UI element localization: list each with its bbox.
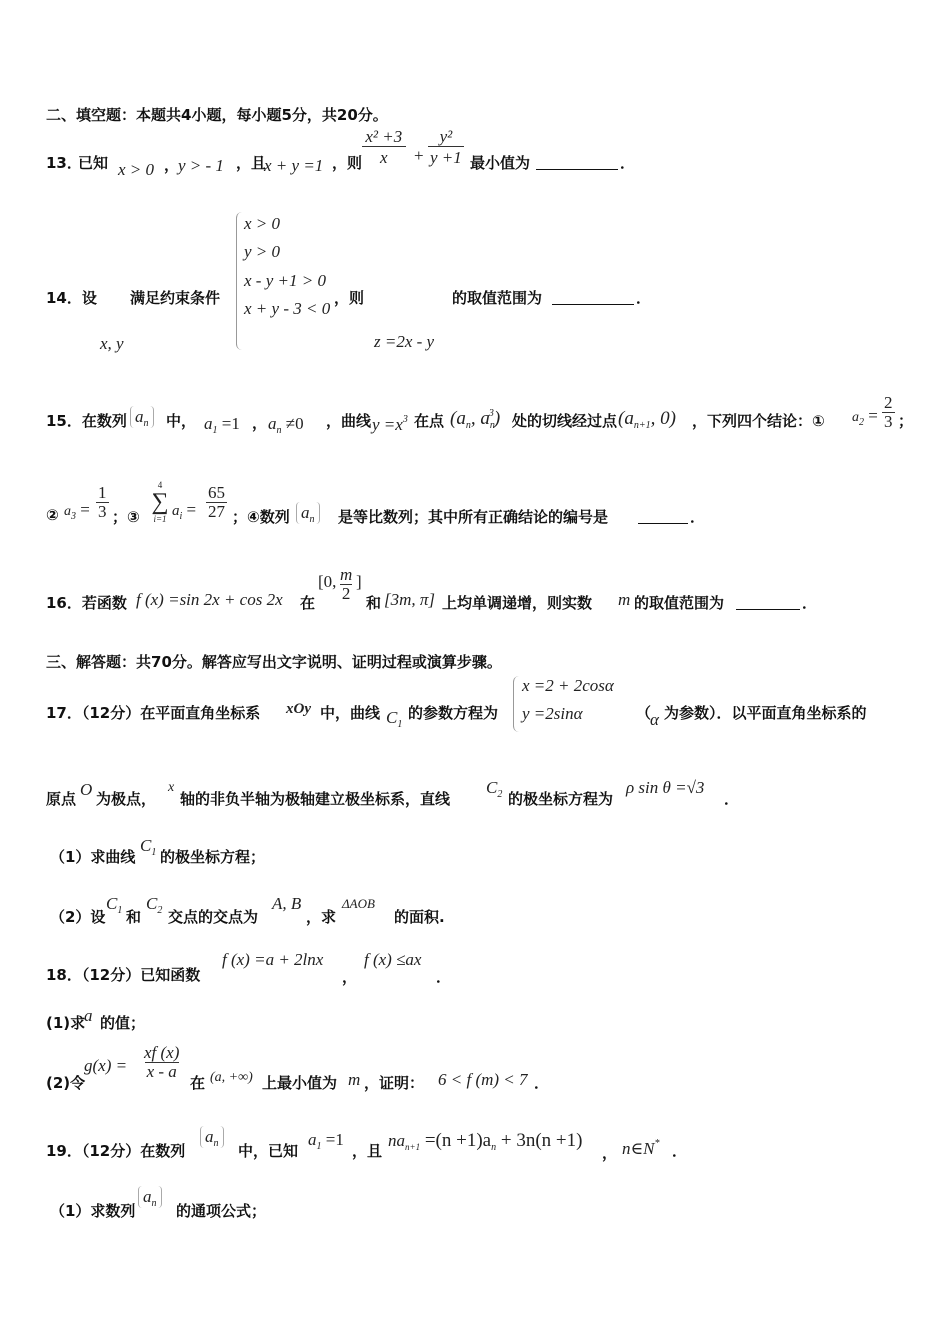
question-17: 17．（12分）在平面直角坐标系 xOy 中，曲线 C1 的参数方程为 x =2… — [46, 672, 906, 734]
text: 交点的交点为 — [168, 906, 258, 927]
numerator: 1 — [96, 484, 109, 502]
text: 原点 — [46, 788, 76, 809]
math-var: a — [205, 1127, 214, 1146]
answer-blank[interactable] — [536, 154, 618, 170]
text: ； — [898, 410, 913, 431]
text: 中， — [166, 410, 196, 431]
math-var: x — [168, 780, 174, 796]
text: ， — [342, 966, 357, 987]
text: ． — [636, 287, 651, 308]
text: ． — [620, 152, 635, 173]
superscript: 3 — [403, 414, 408, 425]
math-points: A, B — [272, 894, 301, 914]
text: ，下列四个结论：① — [692, 410, 825, 431]
fraction: m 2 — [338, 566, 354, 603]
constraint: y > 0 — [244, 242, 280, 262]
math-domain: n∈N* — [622, 1138, 659, 1159]
math-condition: x + y =1 — [264, 156, 323, 176]
denominator: y +1 — [428, 146, 464, 167]
math-var: α — [650, 710, 659, 730]
interval-right: ] — [356, 572, 362, 592]
question-16: 16．若函数 f (x) =sin 2x + cos 2x 在 [0, m 2 … — [46, 566, 826, 616]
math-curve-label: C1 — [106, 894, 122, 916]
fraction: 1 3 — [96, 484, 109, 521]
numerator: m — [338, 566, 354, 584]
text: 在 — [300, 592, 315, 613]
question-number: 13． — [46, 152, 82, 173]
math-function: f (x) =a + 2lnx — [222, 950, 323, 970]
math-interval: (a, +∞) — [210, 1070, 253, 1086]
question-18: 18．（12分）已知函数 f (x) =a + 2lnx ， f (x) ≤ax… — [46, 948, 466, 988]
text: ；③ — [112, 506, 140, 527]
denominator: 3 — [96, 502, 109, 521]
math-var: C — [486, 778, 497, 797]
text: 的值； — [100, 1012, 145, 1033]
subscript: n — [152, 1198, 157, 1209]
denominator: x - a — [145, 1062, 179, 1081]
text: 和 — [126, 906, 141, 927]
answer-blank[interactable] — [552, 289, 634, 305]
math-interval: [3m, π] — [384, 590, 435, 610]
denominator: 3 — [882, 412, 895, 431]
math-curve-label: C2 — [146, 894, 162, 916]
math-var: a — [135, 407, 144, 426]
math-curve: y =x3 — [372, 414, 408, 435]
text: ，曲线 — [326, 410, 371, 431]
math-var: m — [618, 590, 630, 610]
text: 在 — [190, 1072, 205, 1093]
text: ， — [602, 1142, 617, 1163]
math-var: C — [106, 894, 117, 913]
math-function: g(x) = — [84, 1056, 127, 1076]
math-text: , a — [471, 408, 490, 429]
text: 中，已知 — [238, 1140, 298, 1161]
math-text: = — [864, 406, 878, 425]
question-18-part-2: (2)令 g(x) = xf (x) x - a 在 (a, +∞) 上最小值为… — [46, 1044, 566, 1094]
text: 的参数方程为 — [408, 702, 498, 723]
question-17-part-1: （1）求曲线 C1 的极坐标方程； — [50, 838, 450, 868]
math-var: O — [80, 780, 92, 800]
math-text: =1 — [218, 414, 240, 433]
math-condition: f (x) ≤ax — [364, 950, 421, 970]
math-var: a — [301, 503, 310, 522]
sequence-notation: an — [130, 406, 154, 428]
numerator: 65 — [206, 484, 227, 502]
summation: 4 ∑ i=1 — [150, 480, 170, 524]
subscript: n — [144, 418, 149, 429]
text: 的取值范围为 — [452, 287, 542, 308]
fraction: xf (x) x - a — [142, 1044, 181, 1081]
subscript: n — [310, 514, 315, 525]
parametric-equation: x =2 + 2cosα — [522, 676, 614, 696]
subscript: n — [214, 1138, 219, 1149]
math-condition: a1 =1 — [204, 414, 240, 436]
text: 在点 — [414, 410, 444, 431]
text: 和 — [366, 592, 381, 613]
text: 的极坐标方程； — [160, 846, 265, 867]
text: 的面积. — [394, 906, 445, 927]
text: ，证明： — [364, 1072, 424, 1093]
superscript: * — [654, 1138, 659, 1149]
question-17-line-2: 原点 O 为极点， x 轴的非负半轴为极轴建立极坐标系，直线 C2 的极坐标方程… — [46, 774, 766, 814]
math-function: f (x) =sin 2x + cos 2x — [136, 590, 283, 610]
text: 处的切线经过点 — [512, 410, 617, 431]
math-point: (an+1, 0) — [618, 408, 676, 431]
text: ，则 — [332, 152, 362, 173]
math-curve-label: C2 — [486, 778, 502, 800]
math-var: a — [204, 414, 213, 433]
math-text: y =x — [372, 415, 403, 434]
text: ， — [164, 154, 179, 175]
question-15-line-2: ② a3 = 1 3 ；③ 4 ∑ i=1 ai = 65 27 ；④数列 an… — [46, 480, 746, 532]
text: 中，曲线 — [320, 702, 380, 723]
subscript: n+1 — [634, 420, 651, 431]
question-number: 15．在数列 — [46, 410, 127, 431]
question-15: 15．在数列 an 中， a1 =1 ， an ≠0 ，曲线 y =x3 在点 … — [46, 392, 916, 442]
subscript: n+1 — [405, 1142, 420, 1152]
math-var: a — [308, 1130, 317, 1149]
math-text: ) — [494, 408, 500, 429]
text: 上均单调递增，则实数 — [442, 592, 592, 613]
math-text: , 0) — [651, 408, 676, 429]
math-condition: a2 = — [852, 406, 878, 428]
fraction: 2 3 — [882, 394, 895, 431]
math-condition: an ≠0 — [268, 414, 304, 436]
math-text: ≠0 — [282, 414, 304, 433]
text: （ — [636, 702, 651, 723]
brace-icon — [513, 676, 522, 732]
text: 为参数）．以平面直角坐标系的 — [664, 702, 867, 723]
subscript: 2 — [157, 905, 162, 916]
numerator: 2 — [882, 394, 895, 412]
section-heading-answer: 三、解答题：共70分。解答应写出文字说明、证明过程或演算步骤。 — [46, 651, 502, 672]
text: 最小值为 — [470, 152, 530, 173]
subscript: 1 — [151, 847, 156, 858]
question-number: 14．设 — [46, 287, 97, 308]
math-text: + 3n(n +1) — [496, 1130, 582, 1151]
subscript: 1 — [117, 905, 122, 916]
math-expression: z =2x - y — [374, 332, 434, 352]
math-var: C — [146, 894, 157, 913]
text: 上最小值为 — [262, 1072, 337, 1093]
constraint: x - y +1 > 0 — [244, 271, 326, 291]
math-curve-label: C1 — [140, 836, 156, 858]
math-text: (a — [618, 408, 634, 429]
section-heading-fill-in: 二、填空题：本题共4小题，每小题5分，共20分。 — [46, 104, 388, 125]
math-var: a — [268, 414, 277, 433]
math-condition: a1 =1 — [308, 1130, 344, 1152]
text: （1）求数列 — [50, 1200, 135, 1221]
text: 轴的非负半轴为极轴建立极坐标系，直线 — [180, 788, 450, 809]
math-condition: a3 = — [64, 500, 90, 522]
sequence-notation: an — [296, 502, 320, 524]
math-text: =(n +1)a — [420, 1130, 491, 1151]
recurrence: nan+1 =(n +1)an + 3n(n +1) — [388, 1130, 582, 1153]
numerator: xf (x) — [142, 1044, 181, 1062]
question-19-part-1: （1）求数列 an 的通项公式； — [50, 1186, 350, 1220]
denominator: x — [362, 146, 406, 167]
math-var: C — [386, 708, 397, 727]
text: 的取值范围为 — [634, 592, 724, 613]
text: （1）求曲线 — [50, 846, 135, 867]
question-number: 17．（12分）在平面直角坐标系 — [46, 702, 260, 723]
text: 满足约束条件 — [130, 287, 220, 308]
text: ，求 — [306, 906, 336, 927]
text: ． — [672, 1140, 687, 1161]
text: ． — [690, 506, 705, 527]
math-text: = — [76, 500, 90, 519]
numerator: y² — [438, 128, 455, 146]
text: ． — [534, 1072, 549, 1093]
math-variables: x, y — [100, 334, 124, 354]
text: ，则 — [334, 287, 364, 308]
constraint: x + y - 3 < 0 — [244, 299, 330, 319]
question-17-part-2: （2）设 C1 和 C2 交点的交点为 A, B ，求 ΔAOB 的面积. — [50, 894, 500, 926]
text: 是等比数列；其中所有正确结论的编号是 — [338, 506, 608, 527]
math-coordinate-system: xOy — [286, 701, 311, 718]
math-inequality: 6 < f (m) < 7 — [438, 1070, 528, 1090]
text: 为极点， — [96, 788, 156, 809]
interval-left: [0, — [318, 572, 336, 592]
text: ． — [724, 788, 739, 809]
constraint: x > 0 — [244, 214, 280, 234]
text: ． — [802, 592, 817, 613]
subscript: 2 — [497, 789, 502, 800]
math-point: (an, an3) — [450, 408, 500, 431]
math-condition: x > 0 — [118, 160, 154, 180]
math-var: a — [84, 1006, 93, 1026]
fraction: 65 27 — [206, 484, 227, 521]
sequence-notation: an — [138, 1186, 162, 1208]
sequence-notation: an — [200, 1126, 224, 1148]
text: （2）设 — [50, 906, 105, 927]
math-text: (a — [450, 408, 466, 429]
math-var: a — [852, 410, 859, 425]
denominator: 2 — [340, 584, 353, 603]
text: ，且 — [236, 152, 266, 173]
text: ；④数列 — [232, 506, 290, 527]
question-number: 18．（12分）已知函数 — [46, 964, 200, 985]
sum-lower-limit: i=1 — [150, 514, 170, 524]
fraction: x² +3 x — [362, 128, 406, 167]
question-number: 19．（12分）在数列 — [46, 1140, 185, 1161]
text: ② — [46, 506, 59, 524]
math-text: = — [182, 500, 196, 519]
polar-equation: ρ sin θ =√3 — [626, 778, 704, 798]
text: 已知 — [78, 152, 108, 173]
numerator: x² +3 — [363, 128, 404, 146]
math-condition: y > - 1 — [178, 156, 224, 176]
math-var: C — [140, 836, 151, 855]
text: 的通项公式； — [176, 1200, 266, 1221]
math-triangle: ΔAOB — [342, 896, 375, 912]
math-text: =1 — [322, 1130, 344, 1149]
math-text: n∈N — [622, 1139, 654, 1158]
operator: + — [414, 146, 424, 166]
math-var: m — [348, 1070, 360, 1090]
parametric-equation: y =2sinα — [522, 704, 583, 724]
question-number: 16．若函数 — [46, 592, 127, 613]
question-19: 19．（12分）在数列 an 中，已知 a1 =1 ，且 nan+1 =(n +… — [46, 1124, 696, 1164]
math-curve-label: C1 — [386, 708, 402, 730]
text: (1)求 — [46, 1012, 85, 1033]
text: ， — [252, 412, 267, 433]
question-14: 14．设 x, y 满足约束条件 x > 0 y > 0 x - y +1 > … — [46, 210, 666, 355]
sigma-icon: ∑ — [150, 490, 170, 514]
answer-blank[interactable] — [638, 508, 688, 524]
math-var: a — [143, 1187, 152, 1206]
denominator: 27 — [206, 502, 227, 521]
question-18-part-1: (1)求 a 的值； — [46, 1008, 246, 1034]
math-var: a — [172, 503, 180, 519]
text: (2)令 — [46, 1072, 85, 1093]
math-text: na — [388, 1131, 405, 1150]
text: 的极坐标方程为 — [508, 788, 613, 809]
text: ，且 — [352, 1140, 382, 1161]
answer-blank[interactable] — [736, 594, 800, 610]
sum-term: ai = — [172, 500, 196, 522]
text: ． — [436, 966, 451, 987]
math-var: a — [64, 504, 71, 519]
subscript: 1 — [397, 719, 402, 730]
fraction: y² y +1 — [428, 128, 464, 167]
